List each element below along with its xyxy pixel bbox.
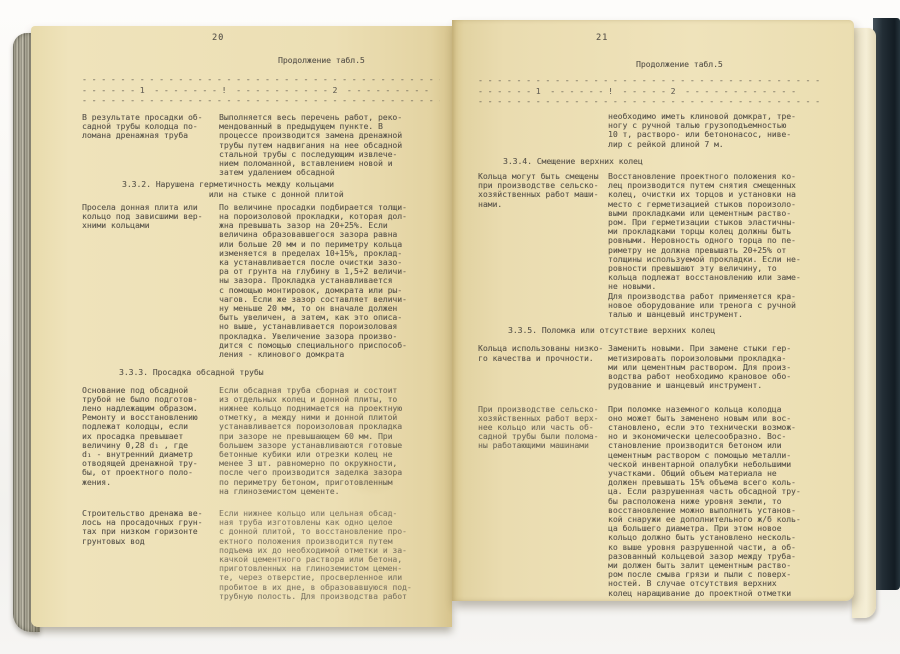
table-row: Кольца использованы низко- го качества и… [478, 344, 820, 390]
section-heading-3-3-2: 3.3.2. Нарушена герметичность между коль… [82, 180, 440, 198]
remedy-cell: Заменить новыми. При замене стыки гер- м… [608, 344, 820, 390]
remedy-cell: Выполняется весь перечень работ, реко- м… [219, 113, 440, 177]
table-row: Просела донная плита или кольцо под зави… [82, 203, 440, 359]
column-number-rule: - - - - - - 1 - - - - - - - ! - - - - - … [82, 86, 440, 95]
table-continuation-caption: Продолжение табл.5 [636, 60, 820, 69]
remedy-cell: необходимо иметь клиновой домкрат, тре- … [608, 112, 820, 149]
column-number-rule: - - - - - - 1 - - - - - - ! - - - - - 2 … [478, 87, 820, 96]
fault-cell: В результате просадки об- садной трубы к… [82, 113, 219, 141]
table-continuation-caption: Продолжение табл.5 [278, 56, 440, 65]
table-rule-bottom: - - - - - - - - - - - - - - - - - - - - … [82, 96, 440, 105]
table-rule-top: - - - - - - - - - - - - - - - - - - - - … [478, 76, 820, 85]
remedy-cell: Если обсадная труба сборная и состоит из… [219, 386, 440, 496]
remedy-cell: Восстановление проектного положения ко- … [608, 172, 820, 319]
section-heading-3-3-4: 3.3.4. Смещение верхних колец [478, 157, 820, 166]
page-number: 20 [212, 34, 440, 43]
section-heading-3-3-5: 3.3.5. Поломка или отсутствие верхних ко… [478, 326, 820, 335]
fault-cell: Кольца использованы низко- го качества и… [478, 344, 608, 362]
fault-cell: Кольца могут быть смещены при производст… [478, 172, 608, 209]
remedy-cell: По величине просадки подбирается толщи- … [219, 203, 440, 359]
page-number: 21 [596, 34, 820, 43]
table-rule-top: - - - - - - - - - - - - - - - - - - - - … [82, 75, 440, 84]
fault-cell: Строительство дренажа ве- лось на просад… [82, 509, 219, 546]
page-20: 20 Продолжение табл.5 - - - - - - - - - … [31, 26, 452, 627]
fault-cell: Основание под обсадной трубой не было по… [82, 386, 219, 487]
table-row: Основание под обсадной трубой не было по… [82, 386, 440, 496]
table-row: Строительство дренажа ве- лось на просад… [82, 509, 440, 601]
fault-cell: Просела донная плита или кольцо под зави… [82, 203, 219, 231]
fault-cell: При производстве сельско- хозяйственных … [478, 405, 608, 451]
table-row: В результате просадки об- садной трубы к… [82, 113, 440, 177]
right-underpage-edge [852, 28, 876, 618]
remedy-cell: Если нижнее кольцо или цельная обсад- на… [219, 509, 440, 601]
remedy-cell: При поломке наземного кольца колодца оно… [608, 405, 820, 598]
table-row: Кольца могут быть смещены при производст… [478, 172, 820, 319]
desk-background: 20 Продолжение табл.5 - - - - - - - - - … [0, 0, 900, 654]
book-cover-edge [873, 18, 900, 590]
table-row-continuation: необходимо иметь клиновой домкрат, тре- … [478, 112, 820, 149]
page-21: 21 Продолжение табл.5 - - - - - - - - - … [452, 20, 854, 601]
table-rule-bottom: - - - - - - - - - - - - - - - - - - - - … [478, 97, 820, 106]
section-heading-3-3-3: 3.3.3. Просадка обсадной трубы [82, 368, 440, 377]
table-row: При производстве сельско- хозяйственных … [478, 405, 820, 598]
